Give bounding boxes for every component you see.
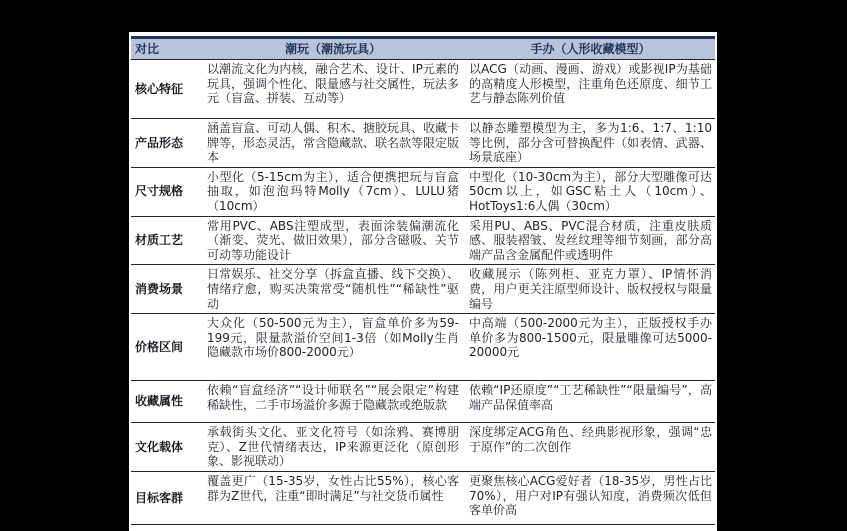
chaowan-cell: 大众化（50-500元为主），盲盒单价多为59-199元，限量款溢价空间1-3倍… (207, 314, 459, 380)
chaowan-cell: 涵盖盲盒、可动人偶、积木、搪胶玩具、收藏卡牌等，形态灵活，常含隐藏款、联名款等限… (207, 119, 459, 167)
shouban-cell: 以静态雕塑模型为主，多为1:6、1:7、1:10等比例，部分含可替换配件（如表情… (469, 119, 715, 167)
header-cell-shouban: 手办（人形收藏模型） (469, 40, 715, 59)
shouban-cell: 更聚焦核心ACG爱好者（18-35岁，男性占比70%），用户对IP有强认知度，消… (469, 472, 715, 524)
table-row-consumption-scene: 消费场景 日常娱乐、社交分享（拆盒直播、线下交换）、情绪疗愈，购买决策常受“随机… (131, 265, 715, 314)
table-row-product-form: 产品形态 涵盖盲盒、可动人偶、积木、搪胶玩具、收藏卡牌等，形态灵活，常含隐藏款、… (131, 119, 715, 168)
table-row-core-features: 核心特征 以潮流文化为内核，融合艺术、设计、IP元素的玩具，强调个性化、限量感与… (131, 60, 715, 119)
row-label: 消费场景 (131, 265, 207, 313)
table-grid: 对比 潮玩（潮流玩具） 手办（人形收藏模型） 核心特征 以潮流文化为内核，融合艺… (131, 36, 715, 525)
row-label: 收藏属性 (131, 381, 207, 422)
table-row-collect-attribute: 收藏属性 依赖“盲盒经济”“设计师联名”“展会限定”构建稀缺性，二手市场溢价多源… (131, 381, 715, 423)
chaowan-cell: 覆盖更广（15-35岁，女性占比55%），核心客群为Z世代，注重“即时满足”与社… (207, 472, 459, 524)
chaowan-cell: 承载街头文化、亚文化符号（如涂鸦、赛博朋克）、Z世代情绪表达，IP来源更泛化（原… (207, 423, 459, 471)
row-label: 文化载体 (131, 423, 207, 471)
row-label: 产品形态 (131, 119, 207, 167)
row-label: 核心特征 (131, 60, 207, 118)
chaowan-cell: 小型化（5-15cm为主），适合便携把玩与盲盒抽取，如泡泡玛特Molly（7cm… (207, 168, 459, 216)
row-label: 尺寸规格 (131, 168, 207, 216)
table-row-price-range: 价格区间 大众化（50-500元为主），盲盒单价多为59-199元，限量款溢价空… (131, 314, 715, 381)
row-label: 材质工艺 (131, 217, 207, 265)
chaowan-cell: 以潮流文化为内核，融合艺术、设计、IP元素的玩具，强调个性化、限量感与社交属性，… (207, 60, 459, 118)
header-cell-compare: 对比 (131, 40, 207, 59)
shouban-cell: 以ACG（动画、漫画、游戏）或影视IP为基础的高精度人形模型，注重角色还原度、细… (469, 60, 715, 118)
comparison-table: 对比 潮玩（潮流玩具） 手办（人形收藏模型） 核心特征 以潮流文化为内核，融合艺… (129, 32, 717, 531)
shouban-cell: 深度绑定ACG角色、经典影视形象，强调“忠于原作”的二次创作 (469, 423, 715, 471)
chaowan-cell: 依赖“盲盒经济”“设计师联名”“展会限定”构建稀缺性，二手市场溢价多源于隐藏款或… (207, 381, 459, 422)
table-row-size-spec: 尺寸规格 小型化（5-15cm为主），适合便携把玩与盲盒抽取，如泡泡玛特Moll… (131, 168, 715, 217)
chaowan-cell: 日常娱乐、社交分享（拆盒直播、线下交换）、情绪疗愈，购买决策常受“随机性”“稀缺… (207, 265, 459, 313)
shouban-cell: 依赖“IP还原度”“工艺稀缺性”“限量编号”，高端产品保值率高 (469, 381, 715, 422)
table-row-culture-carrier: 文化载体 承载街头文化、亚文化符号（如涂鸦、赛博朋克）、Z世代情绪表达，IP来源… (131, 423, 715, 472)
row-label: 目标客群 (131, 472, 207, 524)
row-label: 价格区间 (131, 314, 207, 380)
shouban-cell: 收藏展示（陈列柜、亚克力罩）、IP情怀消费，用户更关注原型师设计、版权授权与限量… (469, 265, 715, 313)
table-header-row: 对比 潮玩（潮流玩具） 手办（人形收藏模型） (131, 39, 715, 60)
chaowan-cell: 常用PVC、ABS注塑成型，表面涂装偏潮流化（渐变、荧光、做旧效果），部分含磁吸… (207, 217, 459, 265)
shouban-cell: 中型化（10-30cm为主），部分大型雕像可达50cm以上，如GSC粘土人（10… (469, 168, 715, 216)
shouban-cell: 中高端（500-2000元为主），正版授权手办单价多为800-1500元，限量雕… (469, 314, 715, 380)
table-row-target-customers: 目标客群 覆盖更广（15-35岁，女性占比55%），核心客群为Z世代，注重“即时… (131, 472, 715, 525)
shouban-cell: 采用PU、ABS、PVC混合材质，注重皮肤质感、服装褶皱、发丝纹理等细节刻画，部… (469, 217, 715, 265)
table-row-material-craft: 材质工艺 常用PVC、ABS注塑成型，表面涂装偏潮流化（渐变、荧光、做旧效果），… (131, 217, 715, 266)
header-cell-chaowan: 潮玩（潮流玩具） (207, 40, 459, 59)
